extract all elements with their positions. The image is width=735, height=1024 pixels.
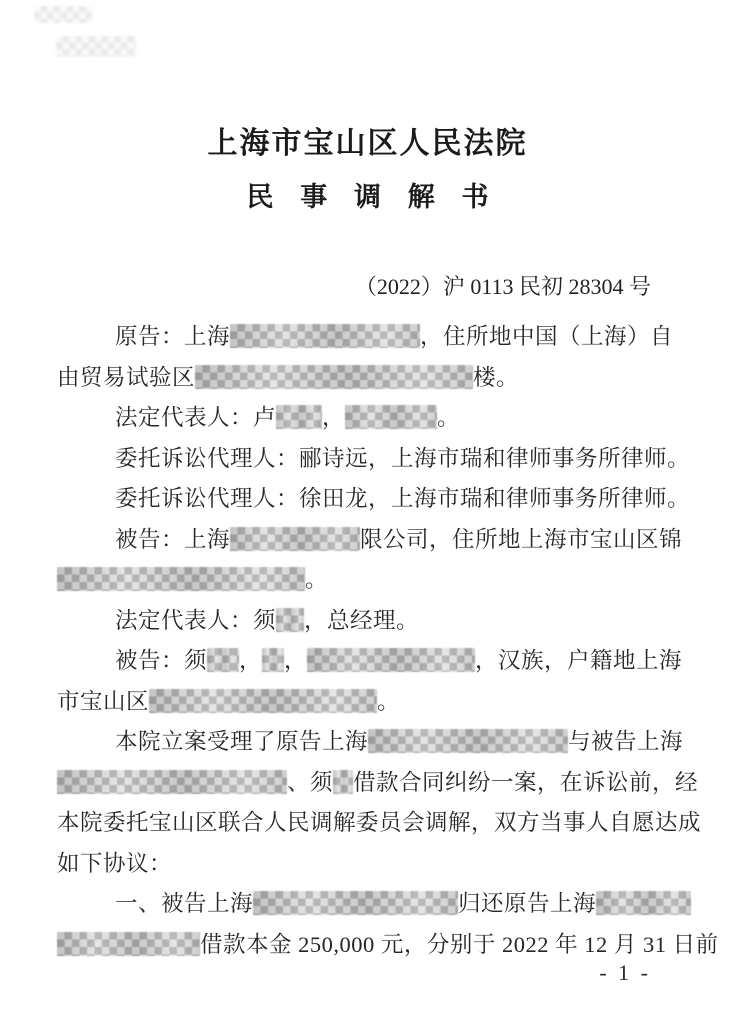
text-segment: ， bbox=[284, 648, 307, 673]
text-segment: 一、被告上海 bbox=[115, 891, 253, 916]
text-segment: 原告：上海 bbox=[115, 324, 230, 349]
case-number: （2022）沪 0113 民初 28304 号 bbox=[0, 270, 735, 301]
text-segment: 市宝山区 bbox=[57, 689, 149, 714]
body-line: 一、被告上海归还原告上海 bbox=[57, 884, 689, 925]
text-segment: ， bbox=[239, 648, 262, 673]
text-segment: 借款本金 250,000 元，分别于 2022 年 12 月 31 日前 bbox=[200, 932, 719, 957]
redacted-text bbox=[333, 770, 353, 794]
redacted-text bbox=[262, 648, 284, 672]
text-segment: 。 bbox=[437, 405, 460, 430]
body-line: 委托诉讼代理人：徐田龙，上海市瑞和律师事务所律师。 bbox=[57, 479, 689, 520]
redacted-text bbox=[195, 365, 473, 389]
body-line: 市宝山区。 bbox=[57, 682, 689, 723]
redacted-text bbox=[230, 527, 360, 551]
body-line: 法定代表人：卢，。 bbox=[57, 398, 689, 439]
body-line: 被告：上海限公司，住所地上海市宝山区锦 bbox=[57, 520, 689, 561]
text-segment: 由贸易试验区 bbox=[57, 365, 195, 390]
redacted-text bbox=[57, 567, 305, 591]
redacted-stamp bbox=[56, 36, 136, 57]
text-segment: ， bbox=[322, 405, 345, 430]
redacted-stamp bbox=[34, 6, 92, 23]
text-segment: 。 bbox=[305, 567, 328, 592]
body-line: 、须借款合同纠纷一案，在诉讼前，经 bbox=[57, 763, 689, 804]
text-segment: 被告：上海 bbox=[115, 527, 230, 552]
text-segment: 委托诉讼代理人：郦诗远，上海市瑞和律师事务所律师。 bbox=[115, 446, 690, 471]
text-segment: ，总经理。 bbox=[304, 608, 419, 633]
page-number: - 1 - bbox=[599, 960, 651, 986]
redacted-text bbox=[596, 891, 691, 915]
text-segment: 与被告上海 bbox=[568, 729, 683, 754]
body-line: 如下协议： bbox=[57, 844, 689, 885]
redacted-text bbox=[276, 608, 304, 632]
text-segment: 法定代表人：卢 bbox=[115, 405, 276, 430]
redacted-text bbox=[57, 770, 287, 794]
text-segment: 法定代表人：须 bbox=[115, 608, 276, 633]
text-segment: 被告：须 bbox=[115, 648, 207, 673]
page: 上海市宝山区人民法院 民 事 调 解 书 （2022）沪 0113 民初 283… bbox=[0, 0, 735, 1024]
court-name-title: 上海市宝山区人民法院 bbox=[0, 118, 735, 162]
redacted-text bbox=[57, 932, 200, 956]
text-segment: 限公司，住所地上海市宝山区锦 bbox=[360, 527, 682, 552]
text-segment: 楼。 bbox=[473, 365, 519, 390]
redacted-text bbox=[276, 405, 322, 429]
body-line: 原告：上海，住所地中国（上海）自 bbox=[57, 317, 689, 358]
body-line: 由贸易试验区楼。 bbox=[57, 358, 689, 399]
redacted-text bbox=[230, 324, 420, 348]
body-line: 。 bbox=[57, 560, 689, 601]
text-segment: 借款合同纠纷一案，在诉讼前，经 bbox=[353, 770, 698, 795]
redacted-text bbox=[368, 729, 568, 753]
redacted-text bbox=[149, 689, 377, 713]
text-segment: 委托诉讼代理人：徐田龙，上海市瑞和律师事务所律师。 bbox=[115, 486, 690, 511]
text-segment: ，汉族，户籍地上海 bbox=[475, 648, 682, 673]
text-segment: 如下协议： bbox=[57, 851, 172, 876]
document-type-title: 民 事 调 解 书 bbox=[0, 175, 735, 214]
body-line: 本院委托宝山区联合人民调解委员会调解，双方当事人自愿达成 bbox=[57, 803, 689, 844]
text-segment: 。 bbox=[377, 689, 400, 714]
text-segment: 归还原告上海 bbox=[458, 891, 596, 916]
text-segment: 本院委托宝山区联合人民调解委员会调解，双方当事人自愿达成 bbox=[57, 810, 701, 835]
body-line: 借款本金 250,000 元，分别于 2022 年 12 月 31 日前 bbox=[57, 925, 689, 966]
text-segment: ，住所地中国（上海）自 bbox=[420, 324, 673, 349]
redacted-text bbox=[345, 405, 437, 429]
text-segment: 本院立案受理了原告上海 bbox=[115, 729, 368, 754]
redacted-text bbox=[253, 891, 458, 915]
text-segment: 、须 bbox=[287, 770, 333, 795]
document-body: 原告：上海，住所地中国（上海）自由贸易试验区楼。法定代表人：卢，。委托诉讼代理人… bbox=[0, 317, 735, 965]
redacted-text bbox=[207, 648, 239, 672]
body-line: 本院立案受理了原告上海与被告上海 bbox=[57, 722, 689, 763]
body-line: 法定代表人：须，总经理。 bbox=[57, 601, 689, 642]
redacted-text bbox=[307, 648, 475, 672]
body-line: 被告：须，，，汉族，户籍地上海 bbox=[57, 641, 689, 682]
body-line: 委托诉讼代理人：郦诗远，上海市瑞和律师事务所律师。 bbox=[57, 439, 689, 480]
